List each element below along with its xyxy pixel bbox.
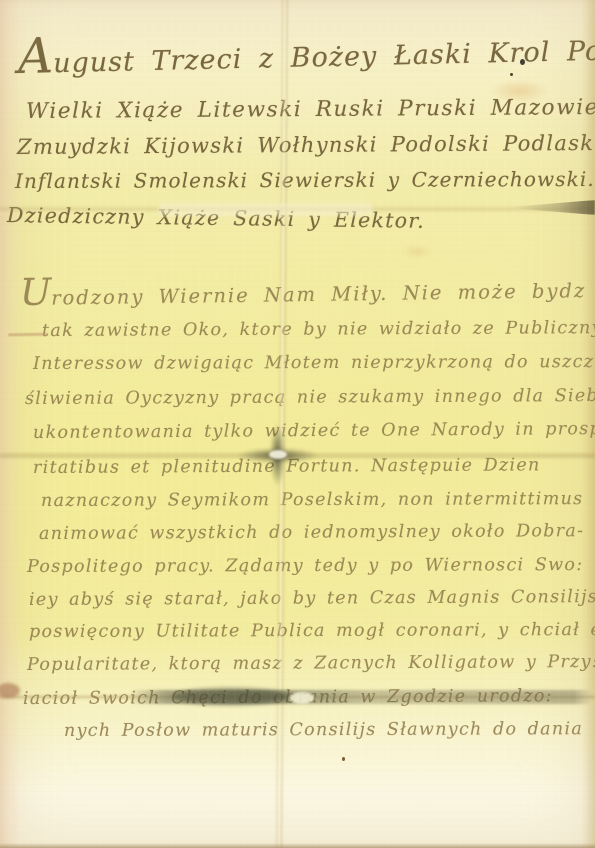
body-line: naznaczony Seymikom Poselskim, non inter… (41, 489, 584, 511)
body-line: Interessow dzwigaiąc Młotem nieprzykrzon… (33, 352, 595, 374)
manuscript-text: August Trzeci z Bożey Łaski Krol Polski … (0, 0, 595, 848)
body-line: nych Posłow maturis Consilijs Sławnych d… (64, 719, 583, 741)
body-line: śliwienia Oyczyzny pracą nie szukamy inn… (25, 386, 595, 409)
title-line: Zmuydzki Kijowski Wołhynski Podolski Pod… (17, 131, 595, 159)
title-line: Inflantski Smolenski Siewierski y Czerni… (15, 167, 595, 193)
body-line: Popularitate, ktorą masz z Zacnych Kolli… (27, 652, 595, 675)
body-line: animować wszystkich do iednomyslney okoł… (39, 521, 584, 544)
body-line: iey abyś się starał, jako by ten Czas Ma… (29, 587, 595, 610)
manuscript-page: August Trzeci z Bożey Łaski Krol Polski … (0, 0, 595, 848)
body-line: Urodzony Wiernie Nam Miły. Nie może bydz (20, 275, 586, 310)
body-line: tak zawistne Oko, ktore by nie widziało … (42, 318, 595, 341)
body-line: ukontentowania tylko widzieć te One Naro… (33, 419, 595, 443)
title-line: August Trzeci z Bożey Łaski Krol Polski (18, 30, 595, 80)
body-line: Pospolitego pracy. Ządamy tedy y po Wier… (27, 555, 583, 577)
title-line: Dziedziczny Xiąże Saski y Elektor. (7, 203, 425, 233)
body-line: iacioł Swoich Chęci do obrania w Zgodzie… (23, 686, 553, 709)
title-line: Wielki Xiąże Litewski Ruski Pruski Mazow… (26, 95, 595, 124)
body-line: poswięcony Utilitate Publica mogł corona… (29, 620, 595, 642)
body-line: ritatibus et plenitudine Fortun. Następu… (33, 455, 541, 478)
